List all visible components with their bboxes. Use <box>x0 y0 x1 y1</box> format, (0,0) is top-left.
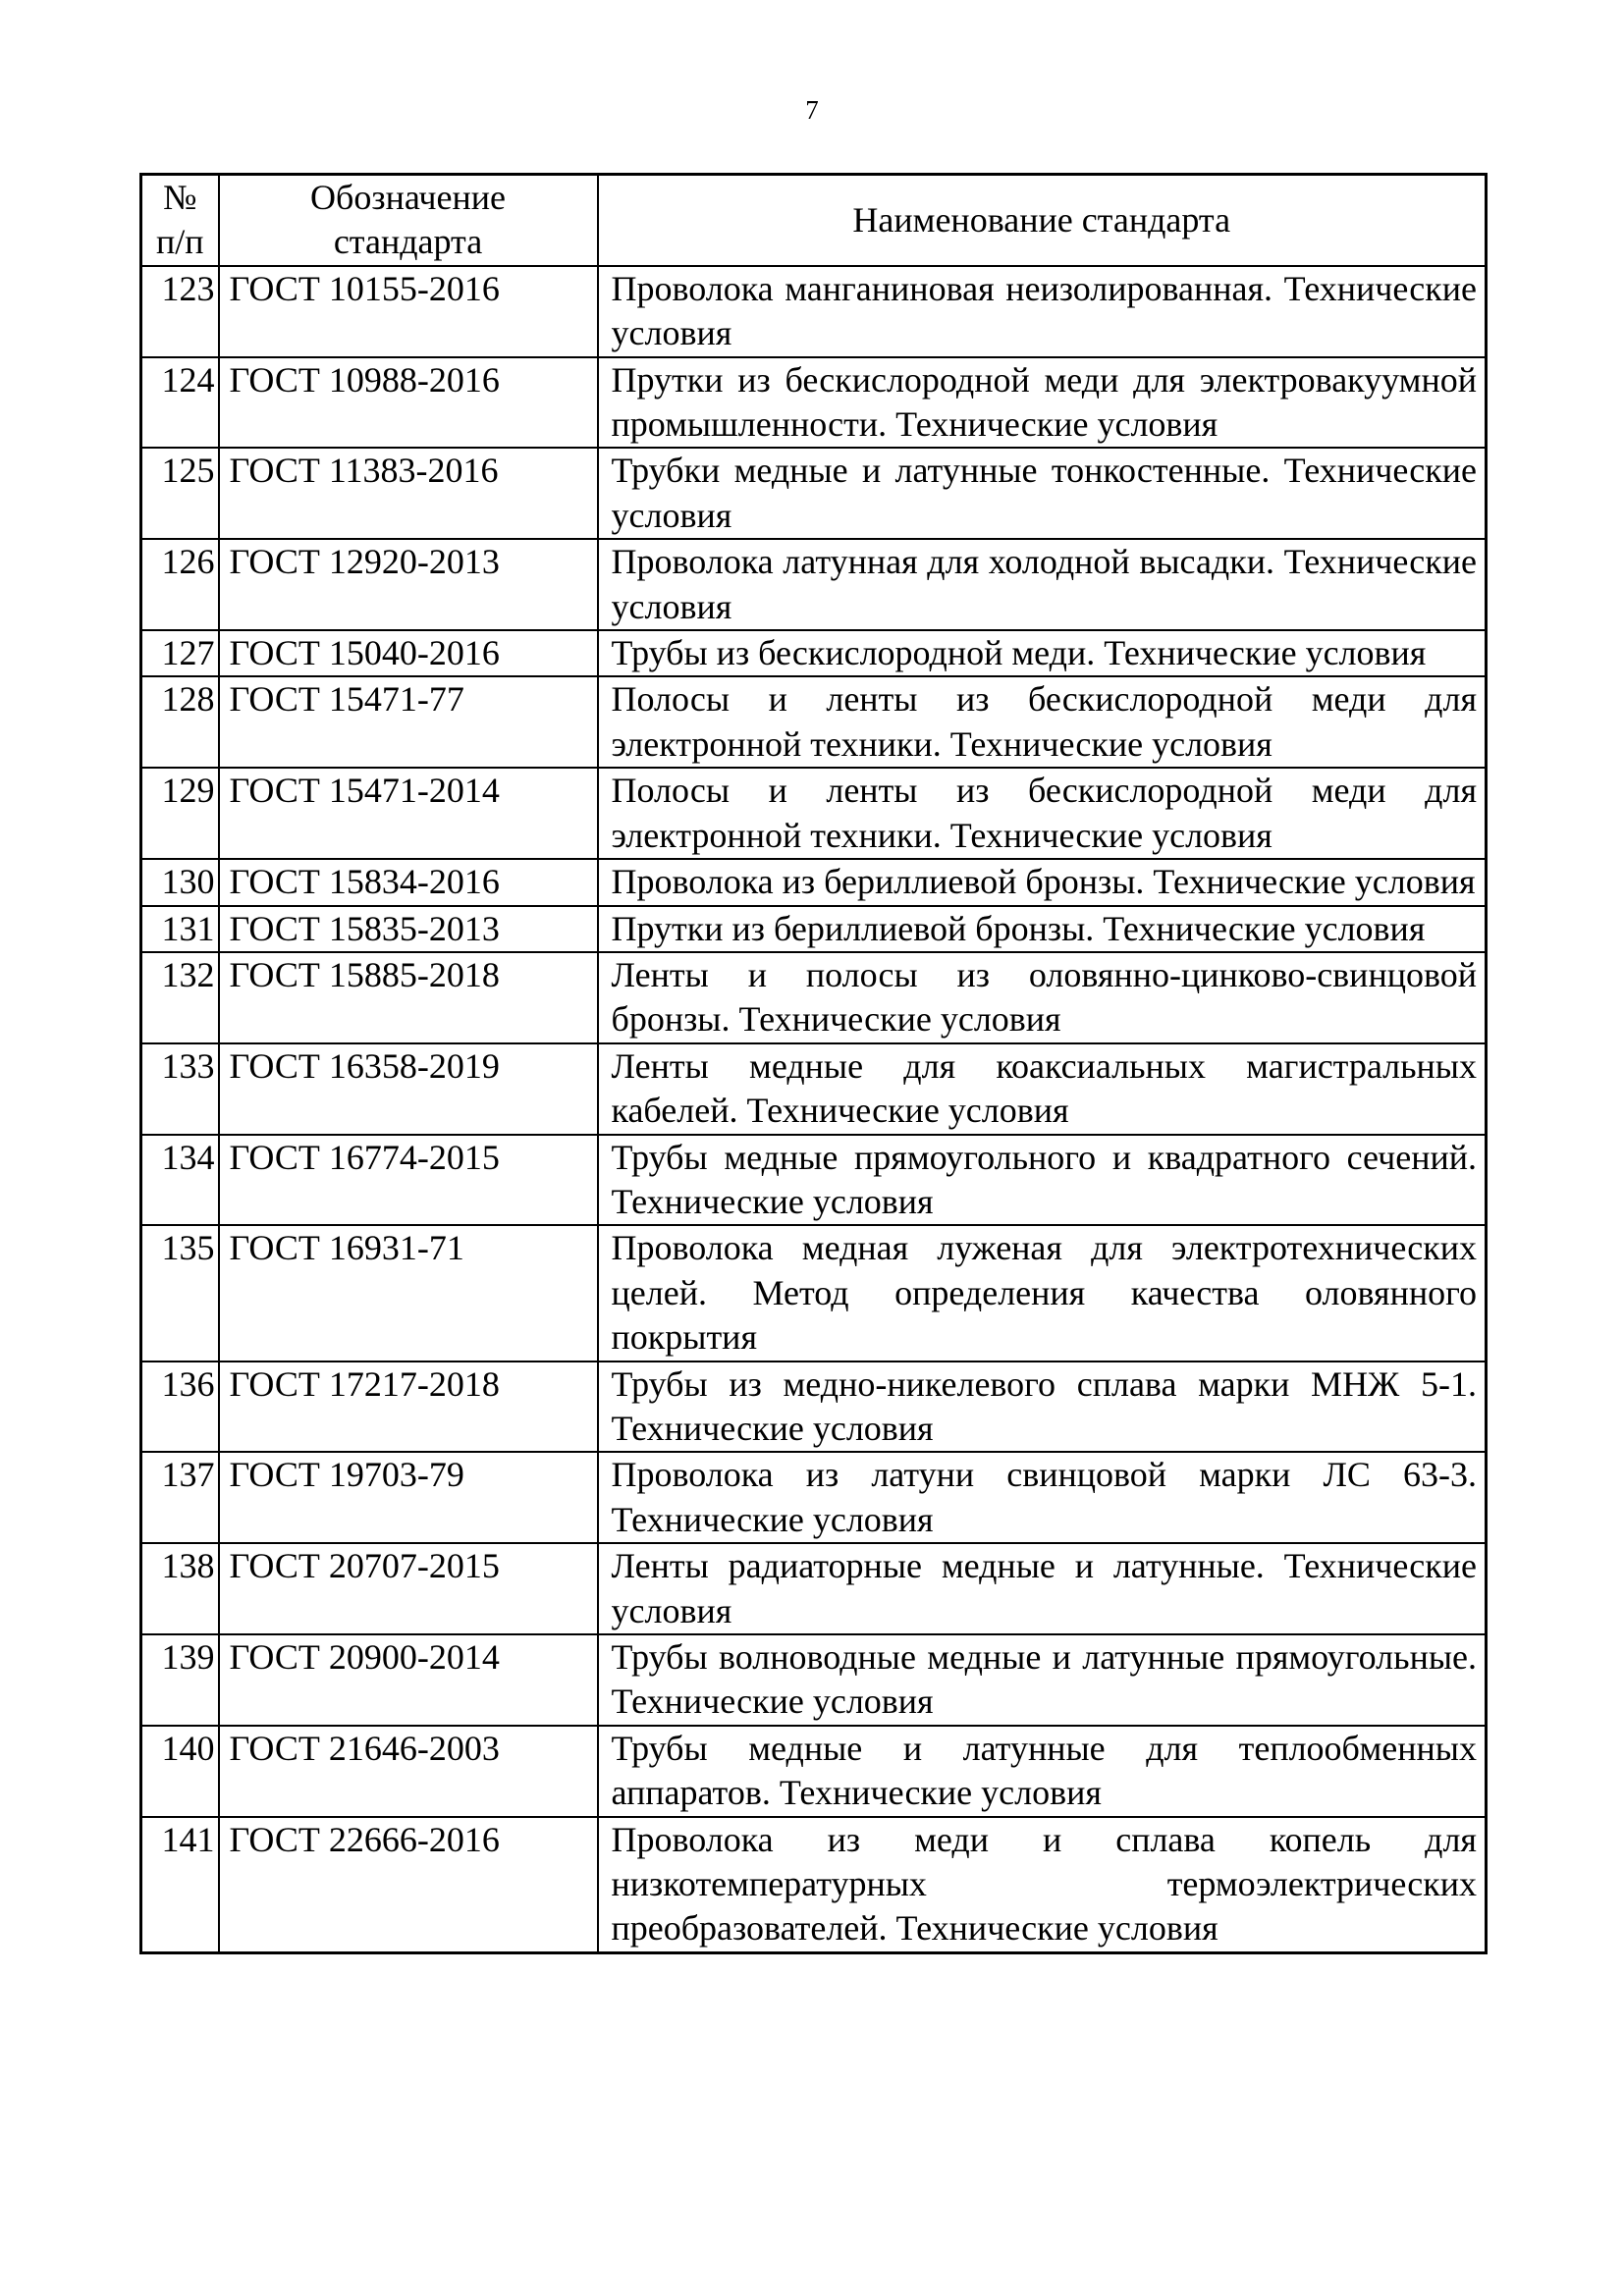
table-row: 139ГОСТ 20900-2014Трубы волноводные медн… <box>141 1634 1487 1726</box>
standard-code: ГОСТ 15471-77 <box>219 676 598 768</box>
row-number: 131 <box>141 906 219 952</box>
standard-name: Проволока латунная для холодной высадки.… <box>598 539 1487 630</box>
standard-code: ГОСТ 17217-2018 <box>219 1362 598 1453</box>
standard-name: Трубы медные и латунные для теплообменны… <box>598 1726 1487 1817</box>
standard-code: ГОСТ 16931-71 <box>219 1225 598 1361</box>
table-row: 137ГОСТ 19703-79Проволока из латуни свин… <box>141 1452 1487 1543</box>
row-number: 130 <box>141 859 219 905</box>
standard-name: Ленты и полосы из оловянно-цинково-свинц… <box>598 952 1487 1043</box>
standard-code: ГОСТ 15834-2016 <box>219 859 598 905</box>
standard-code: ГОСТ 10155-2016 <box>219 266 598 357</box>
standard-code: ГОСТ 12920-2013 <box>219 539 598 630</box>
standard-code: ГОСТ 10988-2016 <box>219 357 598 449</box>
standard-name: Полосы и ленты из бескислородной меди дл… <box>598 676 1487 768</box>
standard-code: ГОСТ 15471-2014 <box>219 768 598 859</box>
header-number-line1: № <box>144 176 216 220</box>
standard-name: Ленты радиаторные медные и латунные. Тех… <box>598 1543 1487 1634</box>
header-name: Наименование стандарта <box>598 175 1487 266</box>
standard-code: ГОСТ 15885-2018 <box>219 952 598 1043</box>
row-number: 124 <box>141 357 219 449</box>
standard-code: ГОСТ 19703-79 <box>219 1452 598 1543</box>
standard-code: ГОСТ 22666-2016 <box>219 1817 598 1953</box>
table-row: 138ГОСТ 20707-2015Ленты радиаторные медн… <box>141 1543 1487 1634</box>
standard-name: Проволока манганиновая неизолированная. … <box>598 266 1487 357</box>
table-row: 131ГОСТ 15835-2013Прутки из бериллиевой … <box>141 906 1487 952</box>
standard-name: Проволока медная луженая для электротехн… <box>598 1225 1487 1361</box>
page-number: 7 <box>0 94 1624 126</box>
standard-name: Прутки из бескислородной меди для электр… <box>598 357 1487 449</box>
table-row: 141ГОСТ 22666-2016Проволока из меди и сп… <box>141 1817 1487 1953</box>
standard-name: Трубы из медно-никелевого сплава марки М… <box>598 1362 1487 1453</box>
row-number: 141 <box>141 1817 219 1953</box>
standard-name: Проволока из меди и сплава копель для ни… <box>598 1817 1487 1953</box>
row-number: 132 <box>141 952 219 1043</box>
header-row: № п/п Обозначение стандарта Наименование… <box>141 175 1487 266</box>
standard-name: Прутки из бериллиевой бронзы. Технически… <box>598 906 1487 952</box>
standard-code: ГОСТ 20707-2015 <box>219 1543 598 1634</box>
table-row: 135ГОСТ 16931-71Проволока медная луженая… <box>141 1225 1487 1361</box>
table-row: 128ГОСТ 15471-77Полосы и ленты из бескис… <box>141 676 1487 768</box>
row-number: 137 <box>141 1452 219 1543</box>
header-number-line2: п/п <box>144 220 216 264</box>
table-row: 124ГОСТ 10988-2016Прутки из бескислородн… <box>141 357 1487 449</box>
table-row: 127ГОСТ 15040-2016Трубы из бескислородно… <box>141 630 1487 676</box>
row-number: 138 <box>141 1543 219 1634</box>
row-number: 136 <box>141 1362 219 1453</box>
row-number: 128 <box>141 676 219 768</box>
table-row: 123ГОСТ 10155-2016Проволока манганиновая… <box>141 266 1487 357</box>
table-row: 125ГОСТ 11383-2016Трубки медные и латунн… <box>141 448 1487 539</box>
row-number: 127 <box>141 630 219 676</box>
standard-code: ГОСТ 16774-2015 <box>219 1135 598 1226</box>
standard-code: ГОСТ 15835-2013 <box>219 906 598 952</box>
row-number: 135 <box>141 1225 219 1361</box>
table-row: 130ГОСТ 15834-2016Проволока из бериллиев… <box>141 859 1487 905</box>
standard-code: ГОСТ 11383-2016 <box>219 448 598 539</box>
table-header: № п/п Обозначение стандарта Наименование… <box>141 175 1487 266</box>
table-row: 136ГОСТ 17217-2018Трубы из медно-никелев… <box>141 1362 1487 1453</box>
row-number: 134 <box>141 1135 219 1226</box>
standard-name: Проволока из бериллиевой бронзы. Техниче… <box>598 859 1487 905</box>
standard-code: ГОСТ 16358-2019 <box>219 1043 598 1135</box>
row-number: 123 <box>141 266 219 357</box>
table-row: 132ГОСТ 15885-2018Ленты и полосы из олов… <box>141 952 1487 1043</box>
table-row: 140ГОСТ 21646-2003Трубы медные и латунны… <box>141 1726 1487 1817</box>
standard-code: ГОСТ 20900-2014 <box>219 1634 598 1726</box>
row-number: 126 <box>141 539 219 630</box>
standard-name: Ленты медные для коаксиальных магистраль… <box>598 1043 1487 1135</box>
row-number: 133 <box>141 1043 219 1135</box>
standard-name: Трубки медные и латунные тонкостенные. Т… <box>598 448 1487 539</box>
standard-code: ГОСТ 15040-2016 <box>219 630 598 676</box>
table-row: 129ГОСТ 15471-2014Полосы и ленты из беск… <box>141 768 1487 859</box>
header-number: № п/п <box>141 175 219 266</box>
table-row: 133ГОСТ 16358-2019Ленты медные для коакс… <box>141 1043 1487 1135</box>
standard-name: Трубы волноводные медные и латунные прям… <box>598 1634 1487 1726</box>
standard-code: ГОСТ 21646-2003 <box>219 1726 598 1817</box>
standard-name: Трубы медные прямоугольного и квадратног… <box>598 1135 1487 1226</box>
header-code: Обозначение стандарта <box>219 175 598 266</box>
standard-name: Полосы и ленты из бескислородной меди дл… <box>598 768 1487 859</box>
table-row: 134ГОСТ 16774-2015Трубы медные прямоугол… <box>141 1135 1487 1226</box>
row-number: 129 <box>141 768 219 859</box>
row-number: 125 <box>141 448 219 539</box>
standard-name: Проволока из латуни свинцовой марки ЛС 6… <box>598 1452 1487 1543</box>
row-number: 139 <box>141 1634 219 1726</box>
table-body: 123ГОСТ 10155-2016Проволока манганиновая… <box>141 266 1487 1953</box>
standard-name: Трубы из бескислородной меди. Технически… <box>598 630 1487 676</box>
row-number: 140 <box>141 1726 219 1817</box>
table-row: 126ГОСТ 12920-2013Проволока латунная для… <box>141 539 1487 630</box>
standards-table: № п/п Обозначение стандарта Наименование… <box>139 173 1488 1954</box>
